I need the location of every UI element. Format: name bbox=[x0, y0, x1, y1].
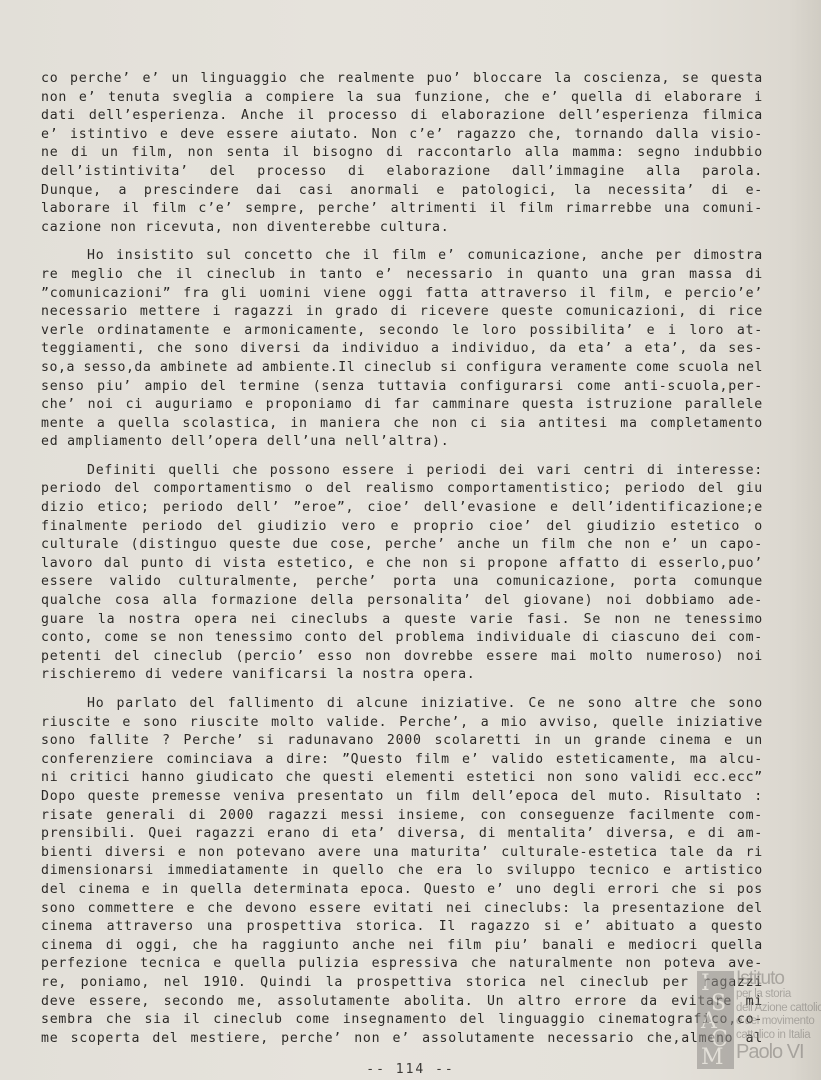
text-line: Ho parlato del fallimento di alcune iniz… bbox=[41, 695, 763, 714]
page-number-value: 114 bbox=[396, 1062, 425, 1077]
text-line: dell’istintivita’ del processo di elabor… bbox=[41, 163, 763, 182]
paragraph: Ho parlato del fallimento di alcune iniz… bbox=[41, 695, 763, 1048]
text-line: non e’ tenuta sveglia a compiere la sua … bbox=[41, 89, 763, 108]
text-line: conto, come se non tenessimo conto del p… bbox=[41, 629, 763, 648]
paragraph: Definiti quelli che possono essere i per… bbox=[41, 462, 763, 685]
text-line: ni critici hanno giudicato che questi el… bbox=[41, 769, 763, 788]
paragraph: co perche’ e’ un linguaggio che realment… bbox=[41, 70, 763, 237]
text-line: essere valido culturalmente, perche’ por… bbox=[41, 573, 763, 592]
text-line: sembra che sia il cineclub come insegnam… bbox=[41, 1011, 763, 1030]
text-line: lavoro dal punto di vista estetico, e ch… bbox=[41, 555, 763, 574]
text-line: re meglio che il cineclub in tanto e’ ne… bbox=[41, 266, 763, 285]
text-line: verle ordinatamente e armonicamente, sec… bbox=[41, 322, 763, 341]
text-line: senso piu’ ampio del termine (senza tutt… bbox=[41, 378, 763, 397]
text-line: sono commettere e che devono essere evit… bbox=[41, 900, 763, 919]
text-line: prensibili. Quei ragazzi erano di eta’ d… bbox=[41, 825, 763, 844]
text-line: cinema di oggi, che ha raggiunto anche n… bbox=[41, 937, 763, 956]
text-line: ed ampliamento dell’opera dell’una nell’… bbox=[41, 433, 763, 452]
text-line: che’ noi ci auguriamo e proponiamo di fa… bbox=[41, 396, 763, 415]
text-line: dimensionarsi immediatamente in quello c… bbox=[41, 862, 763, 881]
text-line: teggiamenti, che sono diversi da individ… bbox=[41, 340, 763, 359]
paragraph: Ho insistito sul concetto che il film e’… bbox=[41, 247, 763, 452]
page-number: -- 114 -- bbox=[0, 1062, 821, 1077]
text-line: rischieremo di vedere vanificarsi la nos… bbox=[41, 666, 763, 685]
text-line: Ho insistito sul concetto che il film e’… bbox=[41, 247, 763, 266]
text-line: perfezione tecnica e quella pulizia espr… bbox=[41, 955, 763, 974]
text-line: laborare il film c’e’ sempre, perche’ al… bbox=[41, 200, 763, 219]
text-line: me scoperta del mestiere, perche’ non e’… bbox=[41, 1030, 763, 1049]
text-line: ne di un film, non senta il bisogno di r… bbox=[41, 144, 763, 163]
text-line: del cinema e in quella determinata epoca… bbox=[41, 881, 763, 900]
text-line: re, poniamo, nel 1910. Quindi la prospet… bbox=[41, 974, 763, 993]
text-line: bienti diversi e non potevano avere una … bbox=[41, 844, 763, 863]
text-line: Dunque, a prescindere dai casi anormali … bbox=[41, 182, 763, 201]
text-line: Dopo queste premesse veniva presentato u… bbox=[41, 788, 763, 807]
text-line: cazione non ricevuta, non diventerebbe c… bbox=[41, 219, 763, 238]
text-line: so,a sesso,da ambinete ad ambiente.Il ci… bbox=[41, 359, 763, 378]
scanned-page: co perche’ e’ un linguaggio che realment… bbox=[0, 0, 821, 1080]
text-line: qualche cosa alla formazione della perso… bbox=[41, 592, 763, 611]
page-number-prefix: -- bbox=[366, 1062, 386, 1077]
text-line: finalmente periodo del giudizio vero e p… bbox=[41, 518, 763, 537]
text-line: petenti del cineclub (percio’ esso non d… bbox=[41, 648, 763, 667]
text-line: e’ istintivo e deve essere aiutato. Non … bbox=[41, 126, 763, 145]
text-line: dizio etico; periodo dell’ ”eroe”, cioe’… bbox=[41, 499, 763, 518]
typewritten-text-body: co perche’ e’ un linguaggio che realment… bbox=[41, 70, 763, 1058]
text-line: cinema attraverso una prospettiva storic… bbox=[41, 918, 763, 937]
text-line: dati dell’esperienza. Anche il processo … bbox=[41, 107, 763, 126]
text-line: riuscite e sono riuscite molto valide. P… bbox=[41, 714, 763, 733]
text-line: sono fallite ? Perche’ si radunavano 200… bbox=[41, 732, 763, 751]
text-line: ”comunicazioni” fra gli uomini viene ogg… bbox=[41, 285, 763, 304]
text-line: culturale (distinguo queste due cose, pe… bbox=[41, 536, 763, 555]
text-line: periodo del comportamentismo o del reali… bbox=[41, 480, 763, 499]
text-line: necessario mettere i ragazzi in grado di… bbox=[41, 303, 763, 322]
text-line: mente a quella scolastica, in maniera ch… bbox=[41, 415, 763, 434]
text-line: deve essere, secondo me, assolutamente a… bbox=[41, 993, 763, 1012]
page-number-suffix: -- bbox=[435, 1062, 455, 1077]
text-line: co perche’ e’ un linguaggio che realment… bbox=[41, 70, 763, 89]
text-line: guare la nostra opera nei cineclubs a qu… bbox=[41, 611, 763, 630]
text-line: Definiti quelli che possono essere i per… bbox=[41, 462, 763, 481]
text-line: risate generali di 2000 ragazzi messi in… bbox=[41, 807, 763, 826]
text-line: conferenziere cominciava a dire: ”Questo… bbox=[41, 751, 763, 770]
